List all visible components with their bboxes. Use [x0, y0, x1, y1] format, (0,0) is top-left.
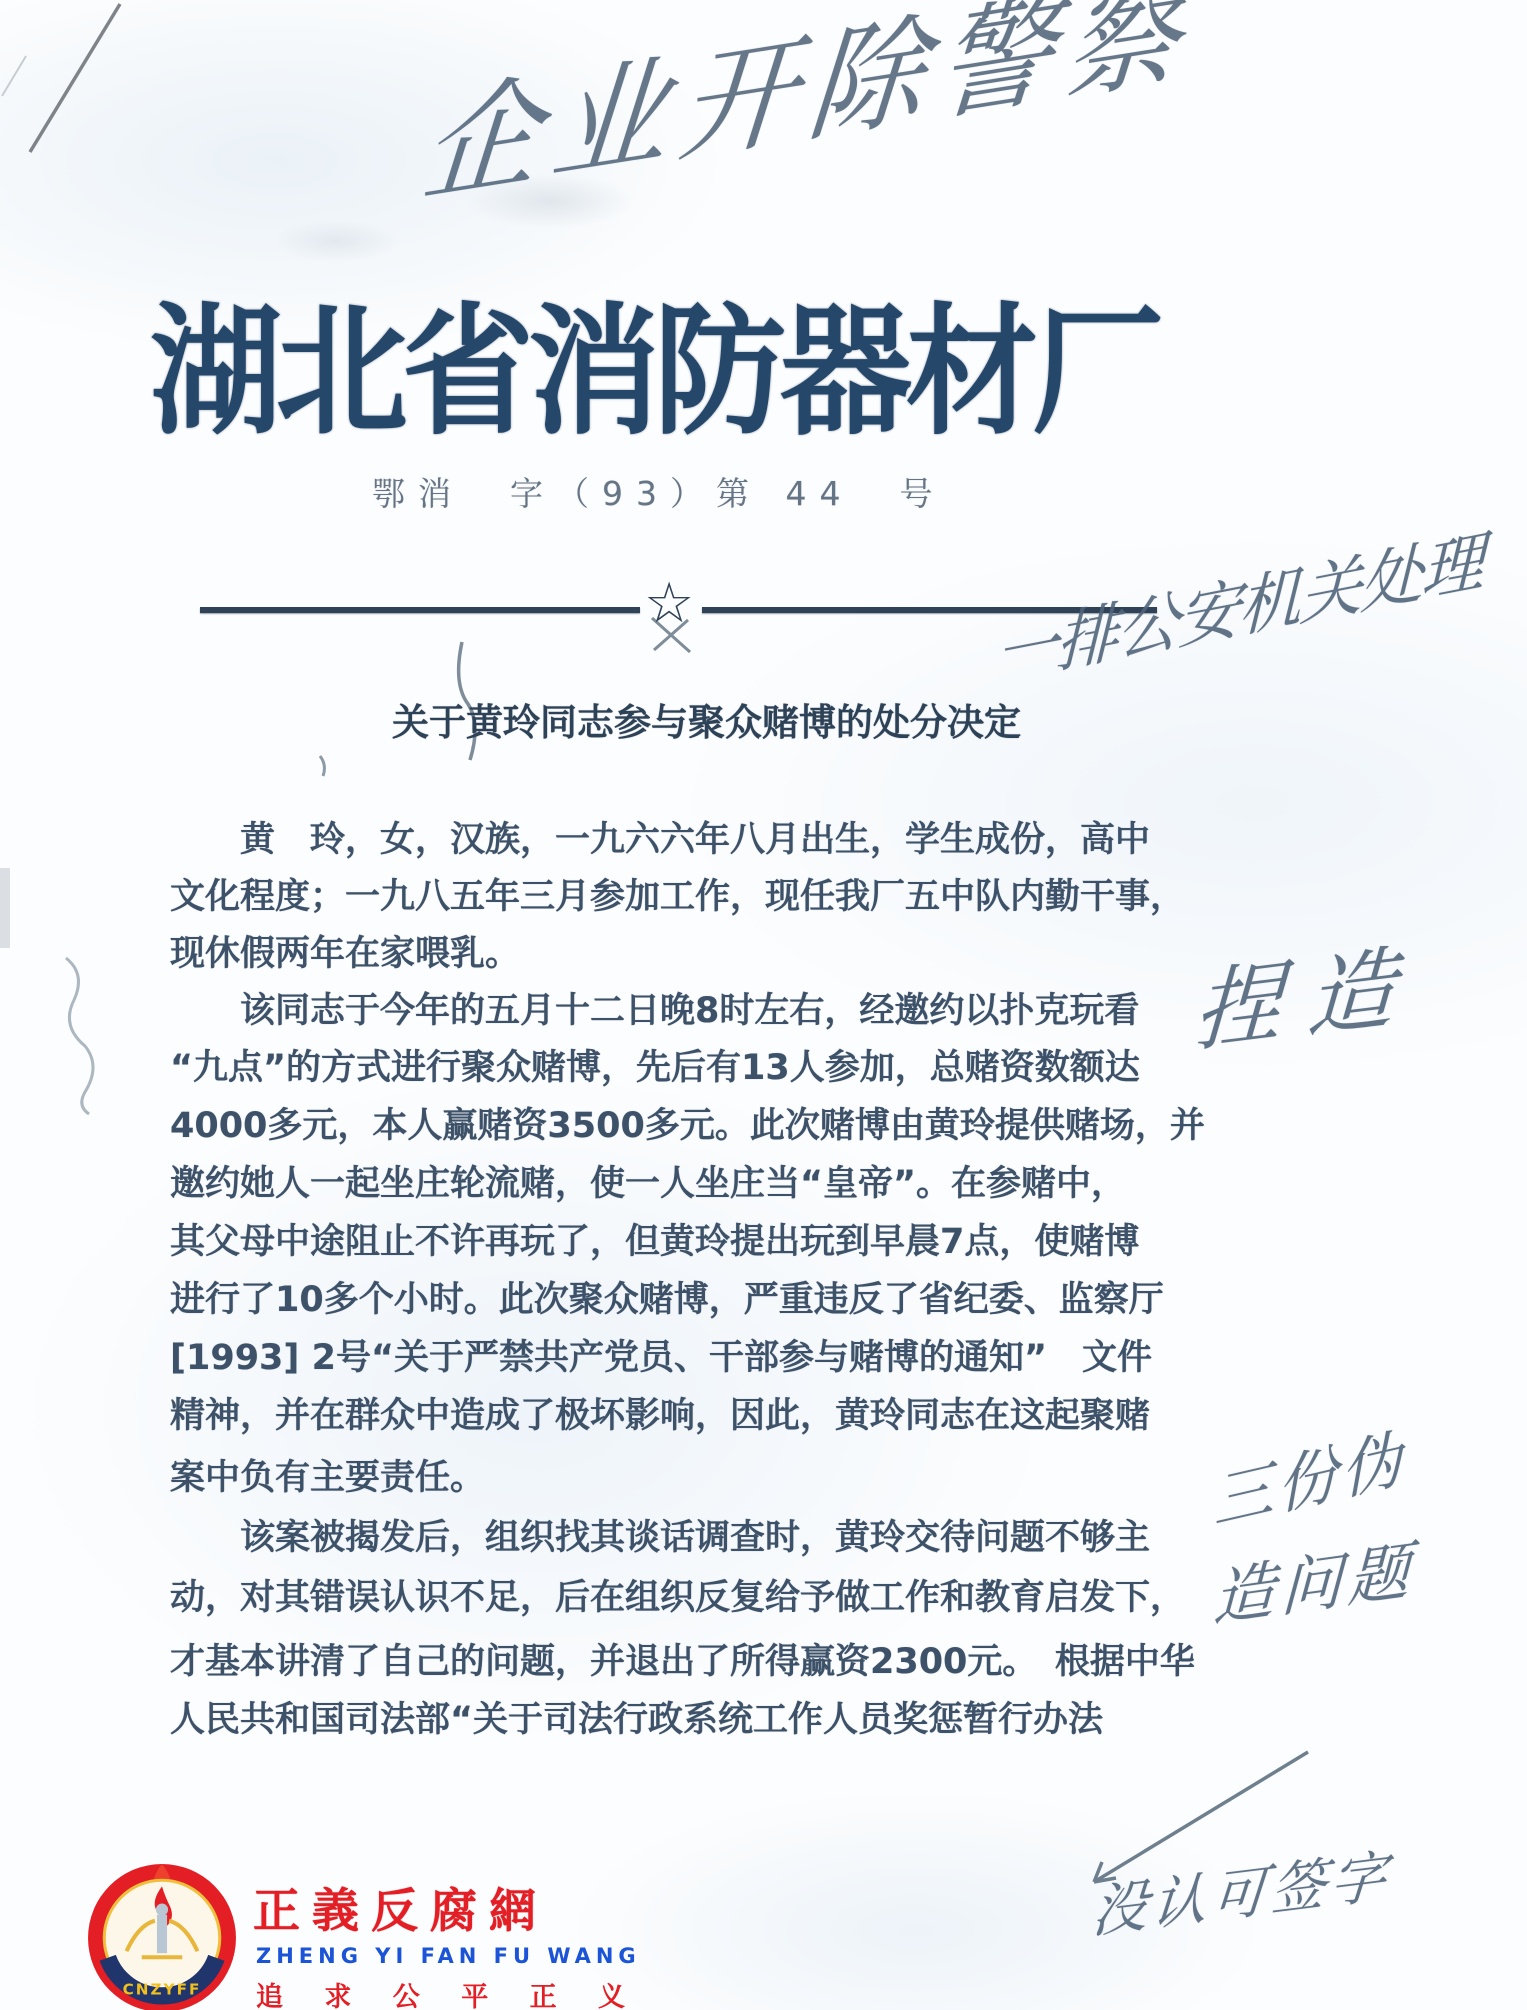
site-badge-icon: CNZYFF: [86, 1862, 238, 2010]
decision-title: 关于黄玲同志参与聚众赌博的处分决定: [392, 692, 1021, 746]
body-line: 人民共和国司法部“关于司法行政系统工作人员奖惩暂行办法: [170, 1692, 1205, 1742]
body-line: 4000多元，本人赢赌资3500多元。此次赌博由黄玲提供赌场，并: [170, 1098, 1205, 1148]
body-line: [1993] 2号“关于严禁共产党员、干部参与赌博的通知” 文件: [170, 1330, 1205, 1380]
badge-text: CNZYFF: [123, 1981, 202, 1999]
document-number: 鄂消 字（93）第 44 号: [372, 468, 945, 515]
body-line: 该案被揭发后，组织找其谈话调查时，黄玲交待问题不够主: [170, 1510, 1275, 1560]
body-line: “九点”的方式进行聚众赌博，先后有13人参加，总赌资数额达: [170, 1040, 1205, 1090]
divider-rule-left: [200, 607, 640, 613]
star-icon: ☆: [644, 576, 694, 632]
watermark-site-name: 正義反腐網: [253, 1874, 548, 1941]
comma-mark: [320, 756, 324, 776]
body-line: 进行了10多个小时。此次聚众赌博，严重违反了省纪委、监察厅: [170, 1272, 1205, 1322]
body-line: 其父母中途阻止不许再玩了，但黄玲提出玩到早晨7点，使赌博: [170, 1214, 1205, 1264]
corner-pencil-line: [30, 4, 120, 152]
watermark-site-pinyin: ZHENG YI FAN FU WANG: [256, 1944, 641, 1968]
scan-edge-mark: [0, 868, 10, 948]
body-line: 该同志于今年的五月十二日晚8时左右，经邀约以扑克玩看: [170, 983, 1275, 1033]
body-line: 动，对其错误认识不足，后在组织反复给予做工作和教育启发下，: [170, 1570, 1205, 1620]
body-line: 精神，并在群众中造成了极坏影响，因此，黄玲同志在这起聚赌: [170, 1388, 1205, 1438]
letterhead-title: 湖北省消防器材厂: [150, 258, 1070, 461]
body-line: 才基本讲清了自己的问题，并退出了所得赢资2300元。 根据中华: [170, 1634, 1205, 1684]
watermark-slogan: 追 求 公 平 正 义: [256, 1975, 641, 2010]
body-line: 黄 玲，女，汉族，一九六六年八月出生，学生成份，高中: [170, 812, 1275, 862]
body-line: 案中负有主要责任。: [170, 1450, 1205, 1500]
corner-pencil-line-2: [2, 56, 26, 96]
body-line: 现休假两年在家喂乳。: [170, 926, 1205, 976]
body-line: 文化程度；一九八五年三月参加工作，现任我厂五中队内勤干事，: [170, 869, 1205, 919]
scanned-document-page: 企业开除警察 湖北省消防器材厂 鄂消 字（93）第 44 号 ☆ 关于黄玲同志参…: [0, 0, 1527, 2010]
margin-scribble: [66, 958, 93, 1114]
body-line: 邀约她人一起坐庄轮流赌，使一人坐庄当“皇帝”。在参赌中，: [170, 1156, 1205, 1206]
